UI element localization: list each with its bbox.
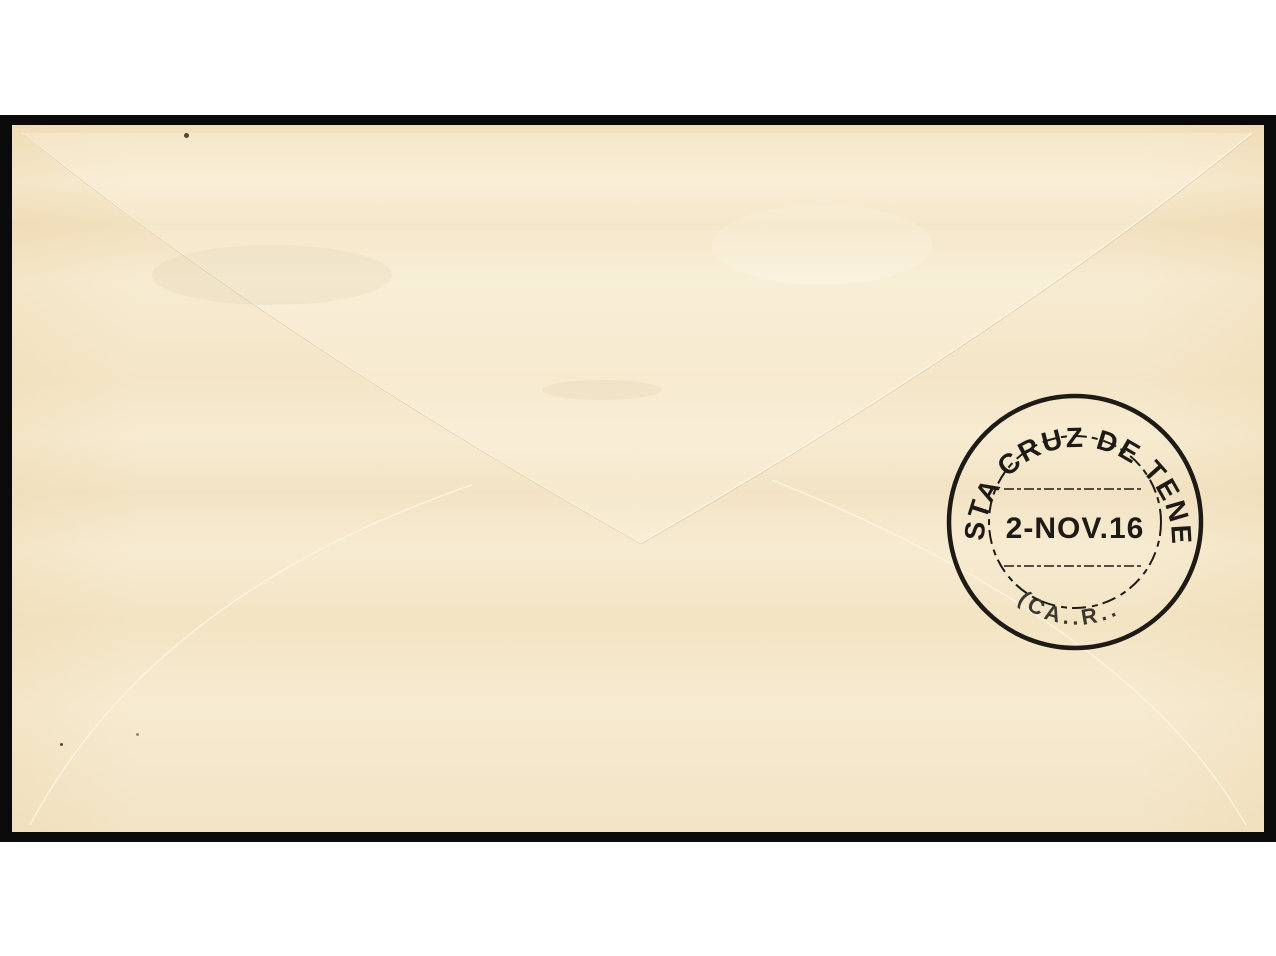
paper-speck (136, 733, 139, 736)
paper-speck (60, 743, 63, 746)
postmark-icon: STA CRUZ DE TENER. 2-NOV.16 (CA..R.. (944, 391, 1206, 653)
paper-speck (184, 133, 189, 138)
svg-text:(CA..R..: (CA..R.. (1014, 586, 1123, 630)
postmark-date: 2-NOV.16 (1006, 512, 1145, 545)
circular-datestamp-postmark: STA CRUZ DE TENER. 2-NOV.16 (CA..R.. (944, 391, 1206, 653)
